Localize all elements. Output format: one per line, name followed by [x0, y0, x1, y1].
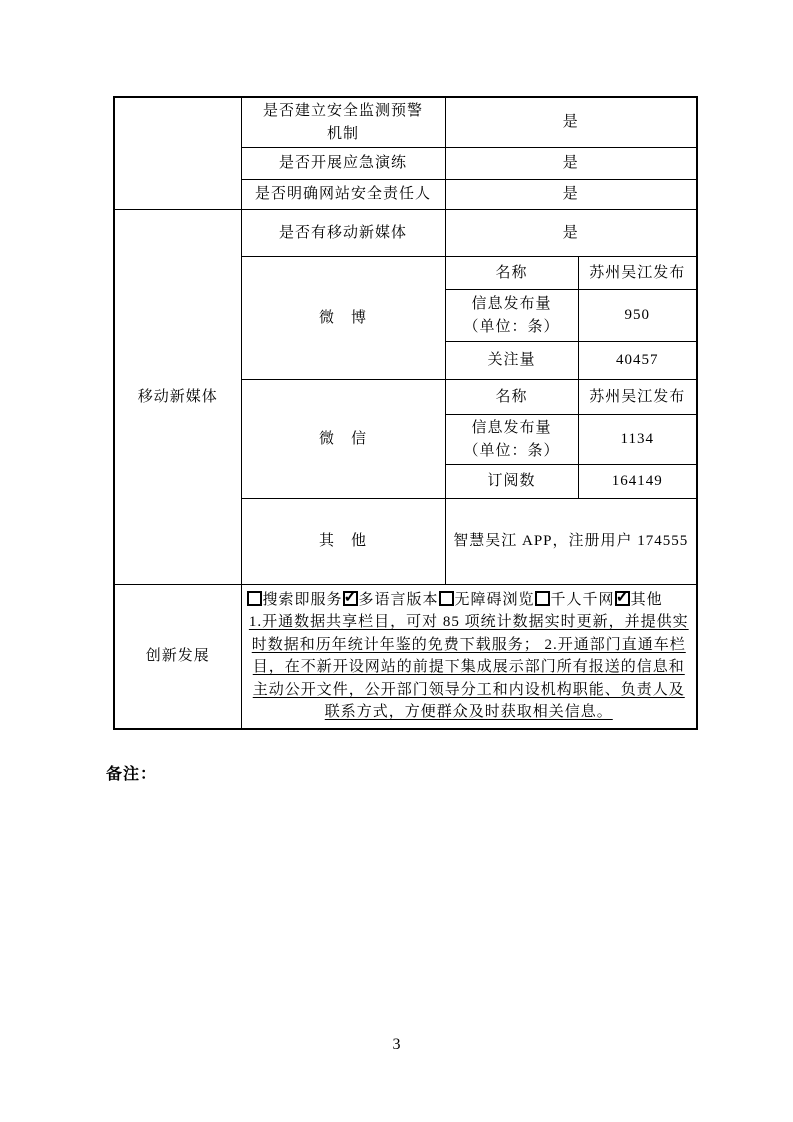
- weibo-name-label: 名称: [445, 257, 578, 290]
- security-row-value: 是: [445, 148, 697, 180]
- weibo-label: 微 博: [241, 257, 445, 380]
- wechat-name-value: 苏州吴江发布: [578, 380, 697, 415]
- security-row-label: 是否建立安全监测预警 机制: [241, 97, 445, 148]
- checkbox-item-accessibility: 无障碍浏览: [439, 592, 535, 608]
- checkbox-label: 无障碍浏览: [455, 592, 535, 608]
- innovation-content-cell: 搜索即服务多语言版本无障碍浏览千人千网其他 1.开通数据共享栏目，可对 85 项…: [241, 585, 697, 729]
- mobile-media-section-label: 移动新媒体: [114, 210, 241, 585]
- has-mobile-media-label: 是否有移动新媒体: [241, 210, 445, 257]
- security-row-value: 是: [445, 180, 697, 210]
- weibo-followers-value: 40457: [578, 342, 697, 380]
- security-row-value: 是: [445, 97, 697, 148]
- wechat-posts-label: 信息发布量 （单位：条）: [445, 415, 578, 465]
- checkbox-item-other: 其他: [615, 592, 663, 608]
- checkbox-item-multilingual: 多语言版本: [343, 592, 439, 608]
- weibo-followers-label: 关注量: [445, 342, 578, 380]
- security-row-label: 是否开展应急演练: [241, 148, 445, 180]
- other-media-value: 智慧吴江 APP，注册用户 174555: [445, 499, 697, 585]
- wechat-name-label: 名称: [445, 380, 578, 415]
- innovation-section-label: 创新发展: [114, 585, 241, 729]
- document-page: 是否建立安全监测预警 机制 是 是否开展应急演练 是 是否明确网站安全责任人 是…: [0, 0, 793, 1122]
- accessibility-checkbox[interactable]: [439, 591, 454, 606]
- checkbox-label: 搜索即服务: [263, 592, 343, 608]
- security-row-label: 是否明确网站安全责任人: [241, 180, 445, 210]
- wechat-subscribers-label: 订阅数: [445, 465, 578, 499]
- checkbox-label: 多语言版本: [359, 592, 439, 608]
- search-as-service-checkbox[interactable]: [247, 591, 262, 606]
- table-row: 创新发展 搜索即服务多语言版本无障碍浏览千人千网其他 1.开通数据共享栏目，可对…: [114, 585, 697, 729]
- wechat-label: 微 信: [241, 380, 445, 499]
- weibo-name-value: 苏州吴江发布: [578, 257, 697, 290]
- weibo-posts-label: 信息发布量 （单位：条）: [445, 290, 578, 342]
- annual-report-table: 是否建立安全监测预警 机制 是 是否开展应急演练 是 是否明确网站安全责任人 是…: [113, 96, 698, 730]
- wechat-subscribers-value: 164149: [578, 465, 697, 499]
- checkbox-label: 其他: [631, 592, 663, 608]
- wechat-posts-value: 1134: [578, 415, 697, 465]
- multilingual-checkbox[interactable]: [343, 591, 358, 606]
- checkbox-item-search-as-service: 搜索即服务: [247, 592, 343, 608]
- other-media-label: 其 他: [241, 499, 445, 585]
- innovation-checkbox-group: 搜索即服务多语言版本无障碍浏览千人千网其他: [247, 589, 692, 612]
- has-mobile-media-value: 是: [445, 210, 697, 257]
- personalized-checkbox[interactable]: [535, 591, 550, 606]
- checkbox-label: 千人千网: [551, 592, 615, 608]
- weibo-posts-value: 950: [578, 290, 697, 342]
- checkbox-item-personalized: 千人千网: [535, 592, 615, 608]
- table-row: 是否建立安全监测预警 机制 是: [114, 97, 697, 148]
- innovation-description: 1.开通数据共享栏目，可对 85 项统计数据实时更新，并提供实时数据和历年统计年…: [249, 614, 689, 720]
- page-number: 3: [0, 1036, 793, 1054]
- other-checkbox[interactable]: [615, 591, 630, 606]
- security-section-cell: [114, 97, 241, 210]
- table-row: 移动新媒体 是否有移动新媒体 是: [114, 210, 697, 257]
- notes-label: 备注：: [106, 761, 157, 784]
